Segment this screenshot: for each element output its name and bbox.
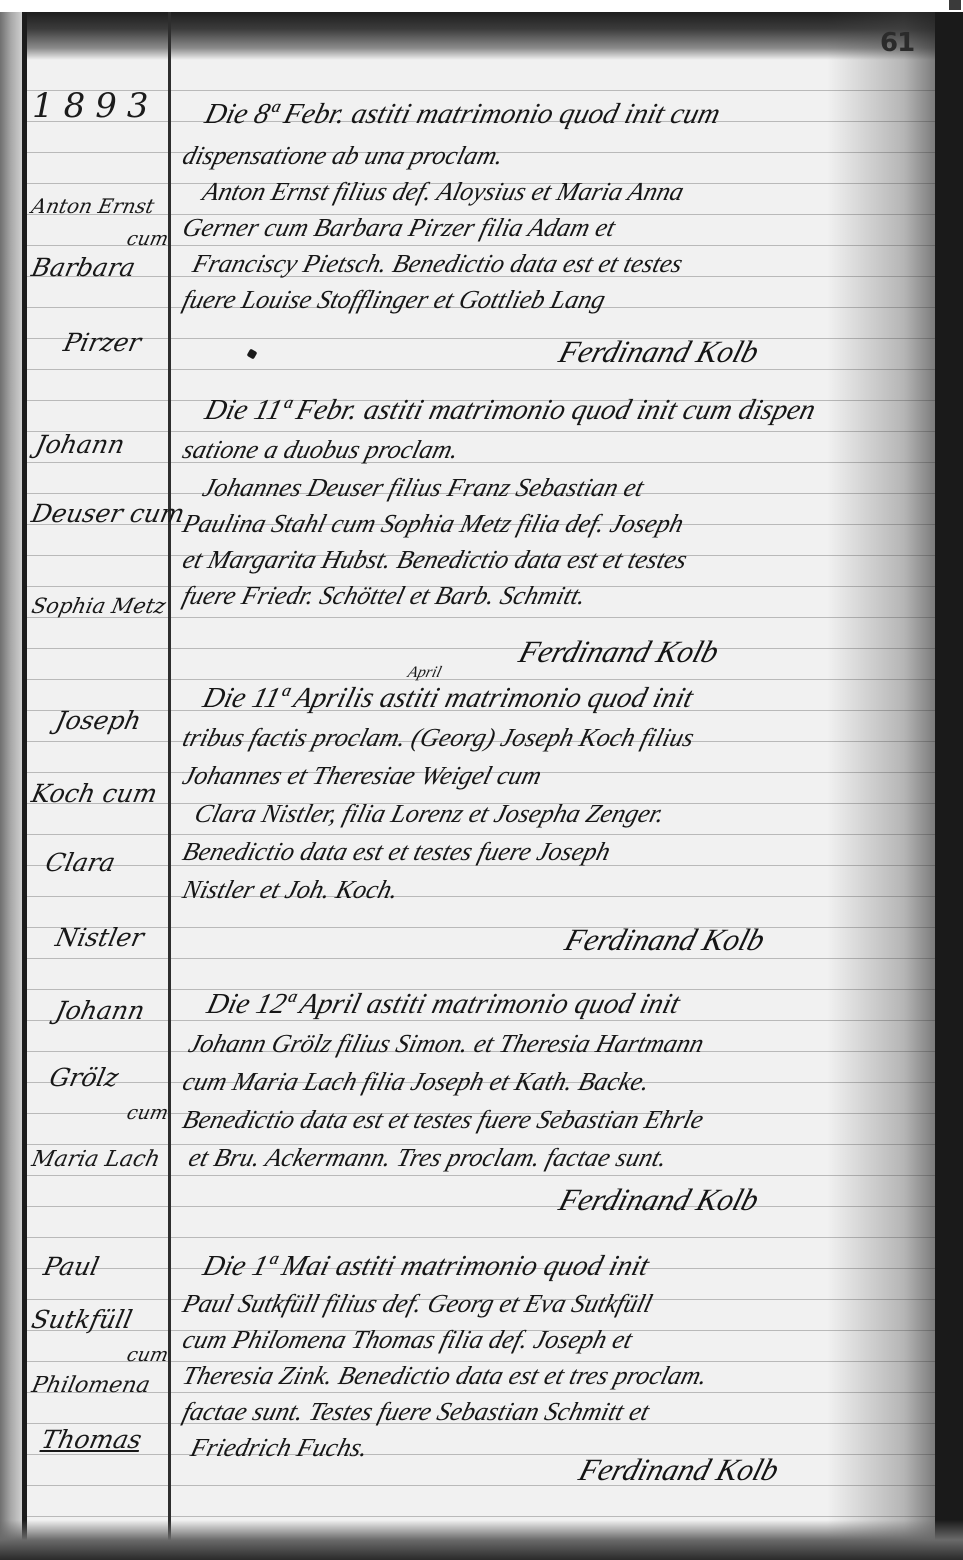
entry-1-margin-names: Anton Ernst cum Barbara Pirzer [32,196,168,355]
entry-line: dispensatione ab una proclam. [180,143,946,169]
margin-cum: cum [30,230,170,249]
scan-bottom-shadow [0,1520,963,1560]
marriage-entry-1: Die 8ª Febr. astiti matrimonio quod init… [180,100,940,313]
margin-groom-surname-cum: Deuser cum [29,501,170,526]
interlinear-correction: April [406,664,443,682]
entry-line: Die 11ª Febr. astiti matrimonio quod ini… [180,396,947,425]
entry-line: Theresia Zink. Benedictio data est et tr… [180,1363,946,1389]
margin-bride-first-name: Clara [29,850,170,875]
entry-line: tribus factis proclam. (Georg) Joseph Ko… [180,725,946,751]
entry-line: satione a duobus proclam. [180,437,946,463]
margin-groom-surname-cum: Koch cum [29,781,170,806]
entry-line: Johannes Deuser filius Franz Sebastian e… [180,475,946,501]
entry-line: Paulina Stahl cum Sophia Metz filia def.… [180,511,946,537]
entry-line: Paul Sutkfüll filius def. Georg et Eva S… [180,1291,946,1317]
entry-line: cum Maria Lach filia Joseph et Kath. Bac… [180,1069,946,1095]
margin-cum: cum [30,1104,170,1123]
margin-groom-surname: Sutkfüll [29,1307,170,1332]
margin-groom-surname: Grölz [29,1065,170,1090]
margin-groom-first-name: Paul [29,1254,170,1279]
marriage-entry-2: Die 11ª Febr. astiti matrimonio quod ini… [180,396,940,609]
binding-edge [0,12,22,1560]
entry-4-margin-names: Johann Grölz cum Maria Lach [32,998,168,1171]
marriage-entry-4: Die 12ª April astiti matrimonio quod ini… [180,990,940,1171]
entry-line: Johann Grölz filius Simon. et Theresia H… [180,1031,946,1057]
margin-bride-first-name: Philomena [30,1375,171,1397]
register-year: 1893 [32,86,159,126]
entry-line: fuere Friedr. Schöttel et Barb. Schmitt. [180,583,946,609]
margin-bride-surname: Pirzer [29,330,170,355]
entry-line: Gerner cum Barbara Pirzer filia Adam et [180,215,946,241]
scan-corner-mark [949,0,961,10]
marriage-entry-5: Die 1ª Mai astiti matrimonio quod init P… [180,1252,940,1461]
entry-3-margin-names: Joseph Koch cum Clara Nistler [32,708,168,950]
margin-bride-name: Sophia Metz [30,596,170,617]
page-number: 61 [880,28,914,58]
entry-line: Die 1ª Mai astiti matrimonio quod init [180,1252,947,1281]
entry-line: factae sunt. Testes fuere Sebastian Schm… [180,1399,946,1425]
entry-line: Die 8ª Febr. astiti matrimonio quod init… [180,100,947,129]
margin-groom-first-name: Johann [29,432,170,457]
entry-line: Friedrich Fuchs. [180,1435,946,1461]
entry-line: cum Philomena Thomas filia def. Joseph e… [180,1327,946,1353]
priest-signature: Ferdinand Kolb [555,334,763,370]
margin-bride-surname: Thomas [29,1427,170,1452]
margin-bride-name: Maria Lach [30,1149,171,1171]
entry-line: et Bru. Ackermann. Tres proclam. factae … [180,1145,946,1171]
margin-cum: cum [30,1346,170,1365]
register-page-scan: 61 1893 Anton Ernst cum Barbara Pirzer D… [0,0,963,1560]
margin-bride-surname: Nistler [29,925,170,950]
entry-5-margin-names: Paul Sutkfüll cum Philomena Thomas [32,1254,168,1452]
priest-signature: Ferdinand Kolb [575,1452,783,1488]
margin-groom-name: Anton Ernst [30,196,170,216]
entry-line: Anton Ernst filius def. Aloysius et Mari… [180,179,946,205]
entry-line: Franciscy Pietsch. Benedictio data est e… [180,251,946,277]
scan-top-shadow [0,12,963,60]
priest-signature: Ferdinand Kolb [561,922,769,958]
margin-groom-first-name: Joseph [29,708,170,733]
marriage-entry-3: Die 11ª Aprilis astiti matrimonio quod i… [180,684,940,903]
entry-2-margin-names: Johann Deuser cum Sophia Metz [32,432,168,617]
entry-line: et Margarita Hubst. Benedictio data est … [180,547,946,573]
entry-line: Die 11ª Aprilis astiti matrimonio quod i… [180,684,947,713]
entry-line: Benedictio data est et testes fuere Seba… [180,1107,946,1133]
entry-line: Nistler et Joh. Koch. [180,877,946,903]
entry-line: Clara Nistler, filia Lorenz et Josepha Z… [180,801,946,827]
entry-line: Benedictio data est et testes fuere Jose… [180,839,946,865]
priest-signature: Ferdinand Kolb [515,634,723,670]
entry-line: fuere Louise Stofflinger et Gottlieb Lan… [180,287,946,313]
margin-bride-first-name: Barbara [29,255,170,280]
margin-groom-first-name: Johann [29,998,170,1023]
entry-line: Die 12ª April astiti matrimonio quod ini… [180,990,947,1019]
left-margin-rule [22,12,27,1560]
priest-signature: Ferdinand Kolb [555,1182,763,1218]
entry-line: Johannes et Theresiae Weigel cum [180,763,946,789]
